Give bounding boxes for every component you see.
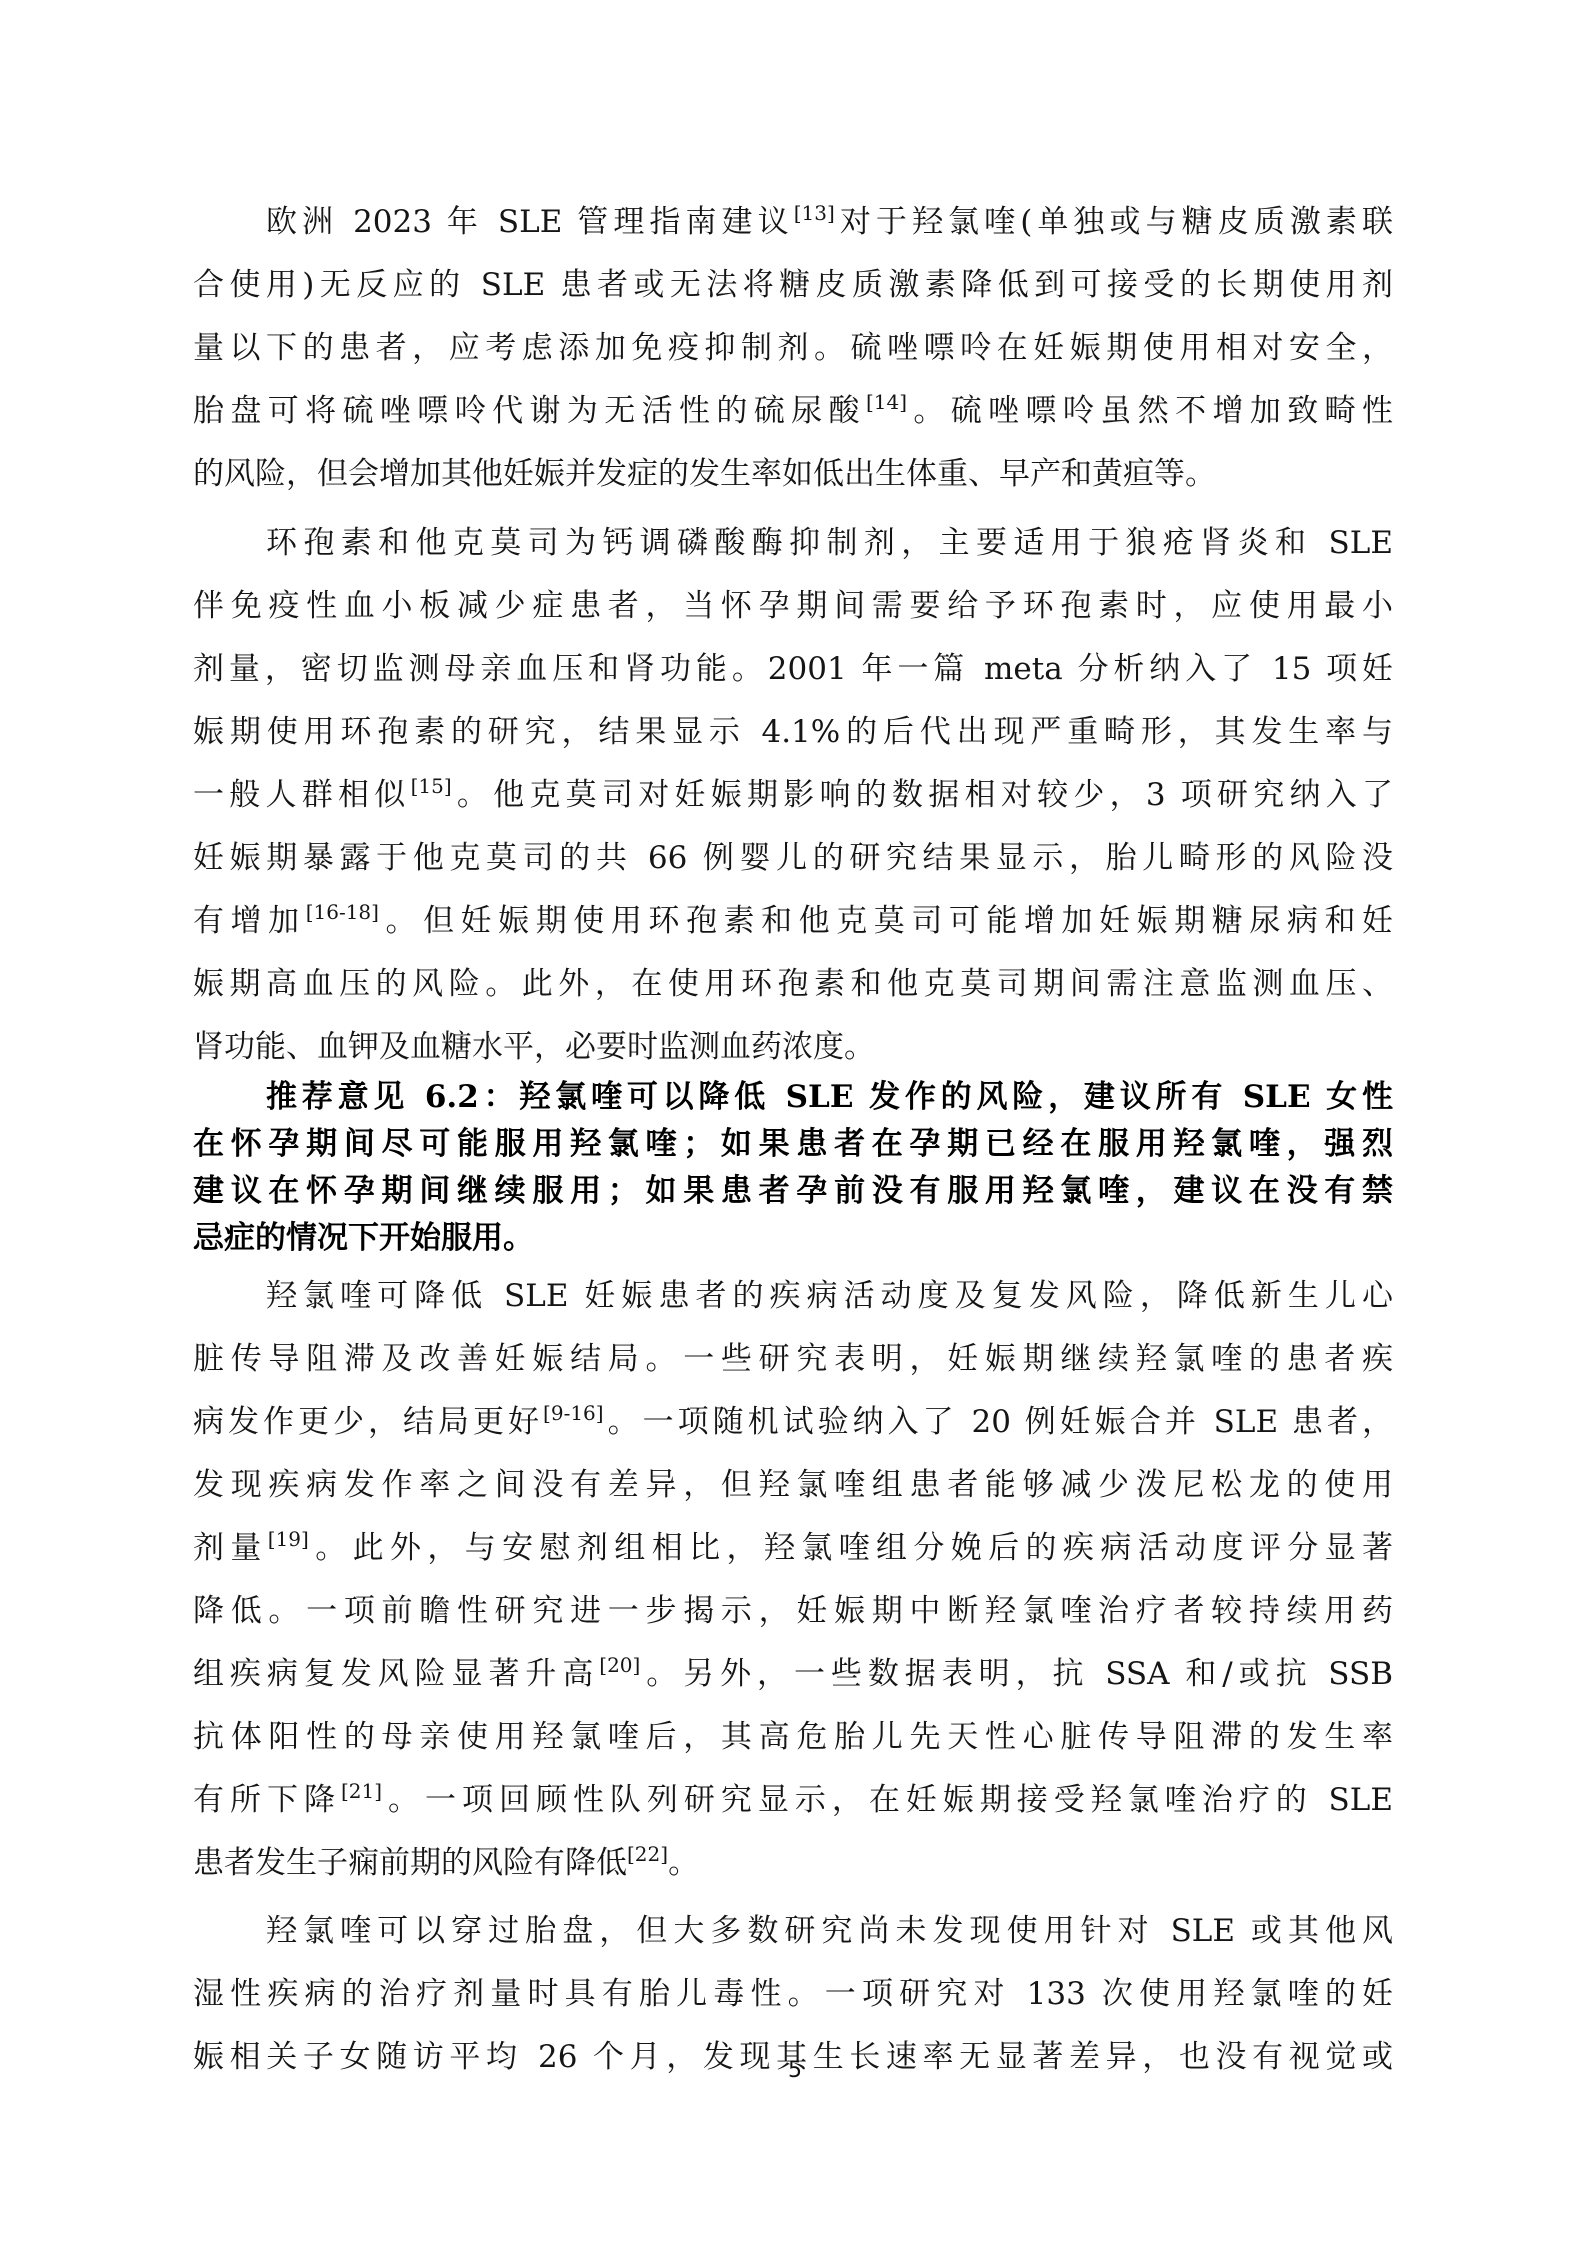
text-line: 羟氯喹可以穿过胎盘，但大多数研究尚未发现使用针对 SLE 或其他风 — [266, 1909, 1393, 1953]
text-line: 的风险，但会增加其他妊娠并发症的发生率如低出生体重、早产和黄疸等。 — [193, 452, 1393, 496]
citation[interactable]: [21] — [341, 1779, 382, 1803]
text-span: 。 — [668, 1845, 699, 1881]
text-line: 建议在怀孕期间继续服用；如果患者孕前没有服用羟氯喹，建议在没有禁 — [193, 1169, 1393, 1213]
text-line: 羟氯喹可降低 SLE 妊娠患者的疾病活动度及复发风险，降低新生儿心 — [266, 1274, 1393, 1318]
text-line: 妊娠期暴露于他克莫司的共 66 例婴儿的研究结果显示，胎儿畸形的风险没 — [193, 836, 1393, 880]
text-line: 推荐意见 6.2：羟氯喹可以降低 SLE 发作的风险，建议所有 SLE 女性 — [266, 1075, 1393, 1119]
text-line: 组疾病复发风险显著升高[20]。另外，一些数据表明，抗 SSA 和/或抗 SSB — [193, 1652, 1393, 1696]
text-line: 发现疾病发作率之间没有差异，但羟氯喹组患者能够减少泼尼松龙的使用 — [193, 1463, 1393, 1507]
text-span: 病发作更少，结局更好 — [193, 1404, 543, 1440]
text-line: 湿性疾病的治疗剂量时具有胎儿毒性。一项研究对 133 次使用羟氯喹的妊 — [193, 1972, 1393, 2016]
text-span: 。他克莫司对妊娠期影响的数据相对较少，3 项研究纳入了 — [452, 777, 1393, 813]
text-span: 对于羟氯喹(单独或与糖皮质激素联 — [835, 204, 1393, 240]
text-span: 组疾病复发风险显著升高 — [193, 1656, 599, 1692]
text-line: 患者发生子痫前期的风险有降低[22]。 — [193, 1841, 1393, 1885]
text-line: 欧洲 2023 年 SLE 管理指南建议[13]对于羟氯喹(单独或与糖皮质激素联 — [266, 200, 1393, 244]
text-span: 欧洲 2023 年 SLE 管理指南建议 — [266, 204, 794, 240]
citation[interactable]: [19] — [268, 1527, 309, 1551]
text-span: 。但妊娠期使用环孢素和他克莫司可能增加妊娠期糖尿病和妊 — [379, 903, 1393, 939]
text-span: 有所下降 — [193, 1782, 341, 1818]
citation[interactable]: [22] — [627, 1842, 668, 1866]
text-line: 肾功能、血钾及血糖水平，必要时监测血药浓度。 — [193, 1025, 1393, 1069]
citation[interactable]: [20] — [599, 1653, 640, 1677]
citation[interactable]: [15] — [411, 774, 452, 798]
text-span: 剂量 — [193, 1530, 268, 1566]
text-line: 降低。一项前瞻性研究进一步揭示，妊娠期中断羟氯喹治疗者较持续用药 — [193, 1589, 1393, 1633]
text-line: 忌症的情况下开始服用。 — [193, 1216, 1393, 1260]
text-line: 伴免疫性血小板减少症患者，当怀孕期间需要给予环孢素时，应使用最小 — [193, 584, 1393, 628]
text-line: 在怀孕期间尽可能服用羟氯喹；如果患者在孕期已经在服用羟氯喹，强烈 — [193, 1122, 1393, 1166]
text-line: 剂量，密切监测母亲血压和肾功能。2001 年一篇 meta 分析纳入了 15 项… — [193, 647, 1393, 691]
text-span: 。此外，与安慰剂组相比，羟氯喹组分娩后的疾病活动度评分显著 — [309, 1530, 1393, 1566]
text-line: 脏传导阻滞及改善妊娠结局。一些研究表明，妊娠期继续羟氯喹的患者疾 — [193, 1337, 1393, 1381]
text-line: 娠期使用环孢素的研究，结果显示 4.1%的后代出现严重畸形，其发生率与 — [193, 710, 1393, 754]
text-line: 胎盘可将硫唑嘌呤代谢为无活性的硫尿酸[14]。硫唑嘌呤虽然不增加致畸性 — [193, 389, 1393, 433]
text-span: 患者发生子痫前期的风险有降低 — [193, 1845, 627, 1881]
text-span: 。一项随机试验纳入了 20 例妊娠合并 SLE 患者， — [604, 1404, 1393, 1440]
text-line: 病发作更少，结局更好[9-16]。一项随机试验纳入了 20 例妊娠合并 SLE … — [193, 1400, 1393, 1444]
text-line: 有所下降[21]。一项回顾性队列研究显示，在妊娠期接受羟氯喹治疗的 SLE — [193, 1778, 1393, 1822]
text-line: 合使用)无反应的 SLE 患者或无法将糖皮质激素降低到可接受的长期使用剂 — [193, 263, 1393, 307]
text-line: 娠期高血压的风险。此外，在使用环孢素和他克莫司期间需注意监测血压、 — [193, 962, 1393, 1006]
page-number: 5 — [780, 2058, 810, 2083]
citation[interactable]: [13] — [794, 201, 835, 225]
text-line: 量以下的患者，应考虑添加免疫抑制剂。硫唑嘌呤在妊娠期使用相对安全， — [193, 326, 1393, 370]
text-span: 。一项回顾性队列研究显示，在妊娠期接受羟氯喹治疗的 SLE — [382, 1782, 1393, 1818]
text-span: 。硫唑嘌呤虽然不增加致畸性 — [907, 393, 1393, 429]
citation[interactable]: [14] — [866, 390, 907, 414]
citation[interactable]: [9-16] — [543, 1401, 604, 1425]
text-span: 。另外，一些数据表明，抗 SSA 和/或抗 SSB — [640, 1656, 1393, 1692]
text-line: 有增加[16-18]。但妊娠期使用环孢素和他克莫司可能增加妊娠期糖尿病和妊 — [193, 899, 1393, 943]
citation[interactable]: [16-18] — [306, 900, 379, 924]
text-span: 胎盘可将硫唑嘌呤代谢为无活性的硫尿酸 — [193, 393, 866, 429]
text-line: 环孢素和他克莫司为钙调磷酸酶抑制剂，主要适用于狼疮肾炎和 SLE — [266, 521, 1393, 565]
text-span: 有增加 — [193, 903, 306, 939]
text-span: 一般人群相似 — [193, 777, 411, 813]
text-line: 一般人群相似[15]。他克莫司对妊娠期影响的数据相对较少，3 项研究纳入了 — [193, 773, 1393, 817]
text-line: 抗体阳性的母亲使用羟氯喹后，其高危胎儿先天性心脏传导阻滞的发生率 — [193, 1715, 1393, 1759]
text-line: 剂量[19]。此外，与安慰剂组相比，羟氯喹组分娩后的疾病活动度评分显著 — [193, 1526, 1393, 1570]
